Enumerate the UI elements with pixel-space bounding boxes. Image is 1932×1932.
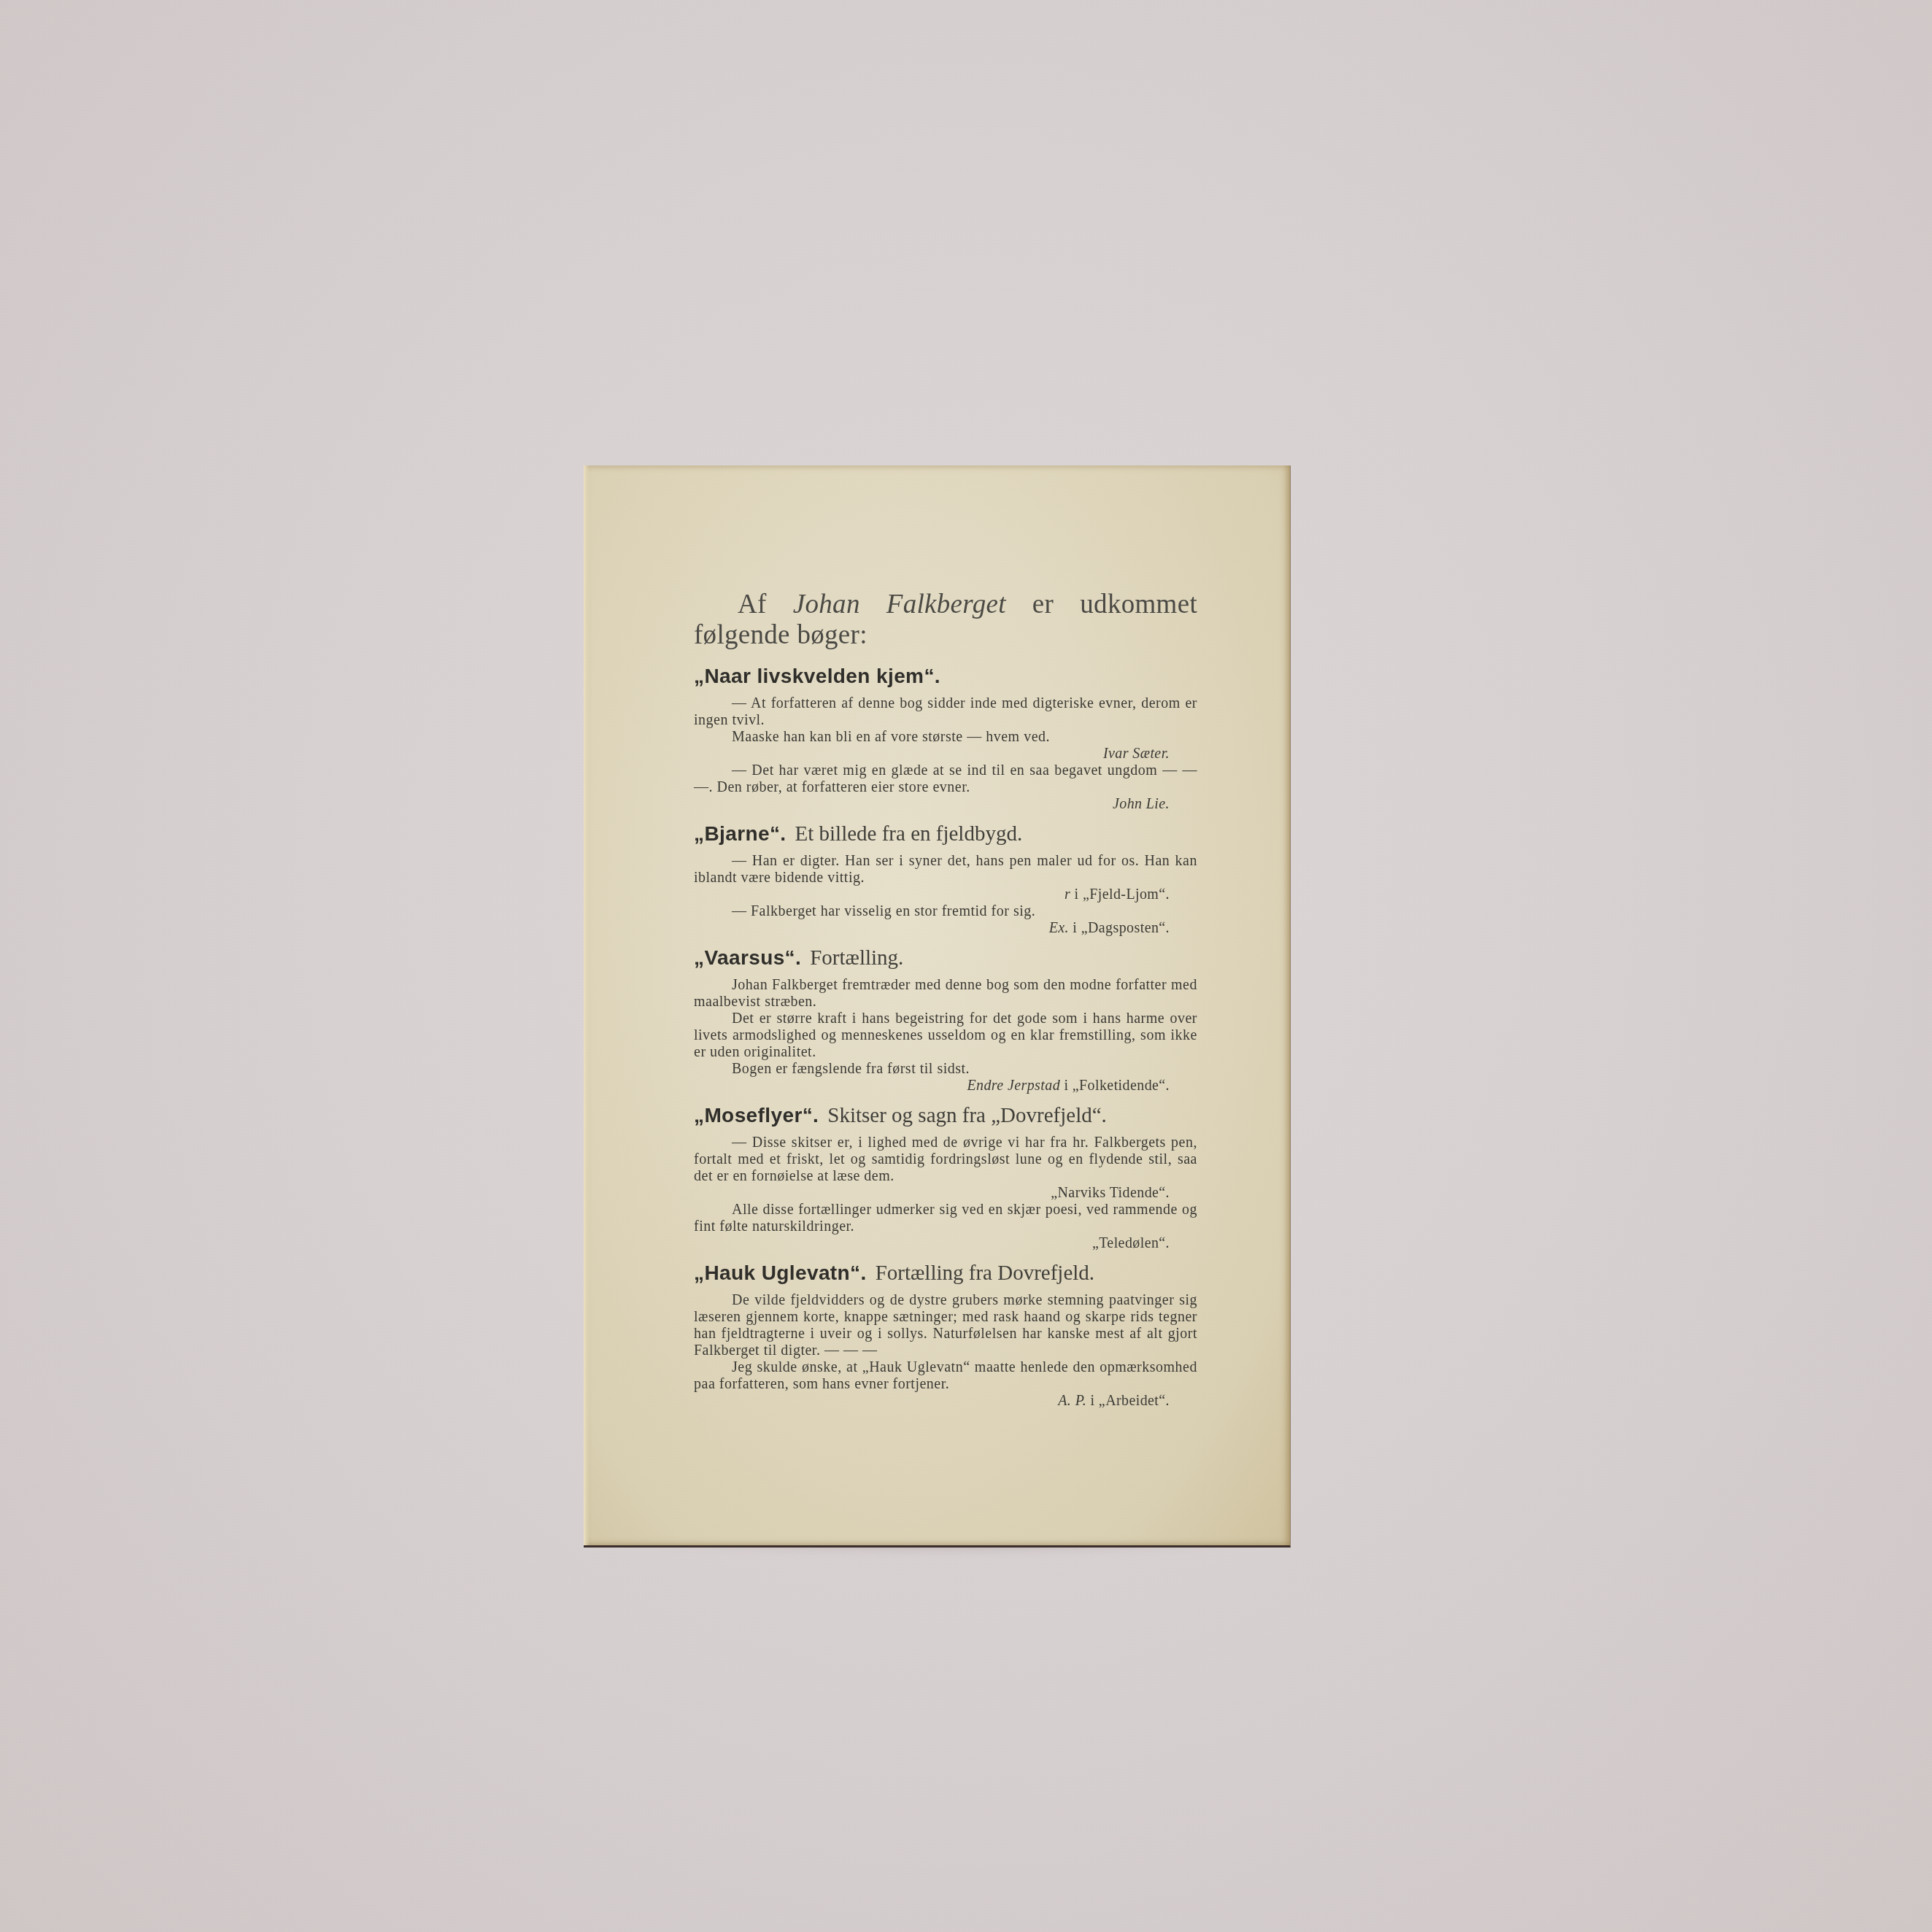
- book-entry: „Vaarsus“.Fortælling.Johan Falkberget fr…: [694, 946, 1197, 1094]
- review-paragraph: Johan Falkberget fremtræder med denne bo…: [694, 977, 1197, 1011]
- advertisement-text: Af Johan Falkberget er udkommet følgende…: [694, 590, 1197, 1418]
- review-paragraph: — Falkberget har visselig en stor fremti…: [694, 903, 1197, 920]
- source-publication: i „Folketidende“.: [1064, 1078, 1170, 1094]
- source-name: A. P.: [1058, 1393, 1086, 1409]
- review-quote: — Han er digter. Han ser i syner det, ha…: [694, 853, 1197, 903]
- review-source: „Teledølen“.: [694, 1235, 1197, 1252]
- source-publication: i „Dagsposten“.: [1073, 920, 1170, 936]
- book-entry: „Hauk Uglevatn“.Fortælling fra Dovrefjel…: [694, 1261, 1197, 1410]
- review-quote: Johan Falkberget fremtræder med denne bo…: [694, 977, 1197, 1094]
- book-entry: „Moseflyer“.Skitser og sagn fra „Dovrefj…: [694, 1103, 1197, 1252]
- review-source: „Narviks Tidende“.: [694, 1185, 1197, 1202]
- source-publication: i „Fjeld-Ljom“.: [1075, 886, 1170, 903]
- book-title: „Naar livskvelden kjem“.: [694, 665, 940, 687]
- source-name: Endre Jerpstad: [967, 1078, 1060, 1094]
- book-list: „Naar livskvelden kjem“.— At forfatteren…: [694, 664, 1197, 1410]
- book-title: „Hauk Uglevatn“.: [694, 1261, 867, 1284]
- source-publication: i „Arbeidet“.: [1091, 1393, 1170, 1409]
- source-publication: „Narviks Tidende“.: [1051, 1185, 1170, 1201]
- book-heading: „Bjarne“.Et billede fra en fjeldbygd.: [694, 822, 1197, 847]
- review-source: A. P. i „Arbeidet“.: [694, 1393, 1197, 1410]
- book-heading: „Moseflyer“.Skitser og sagn fra „Dovrefj…: [694, 1103, 1197, 1129]
- book-entry: „Naar livskvelden kjem“.— At forfatteren…: [694, 664, 1197, 813]
- review-paragraph: Alle disse fortællinger udmerker sig ved…: [694, 1202, 1197, 1235]
- book-subtitle: Et billede fra en fjeldbygd.: [795, 822, 1023, 846]
- review-quote: — Falkberget har visselig en stor fremti…: [694, 903, 1197, 937]
- source-name: Ivar Sæter.: [1103, 746, 1170, 762]
- review-paragraph: — Det har været mig en glæde at se ind t…: [694, 762, 1197, 796]
- review-paragraph: Det er større kraft i hans begeistring f…: [694, 1011, 1197, 1061]
- review-paragraph: Jeg skulde ønske, at „Hauk Uglevatn“ maa…: [694, 1359, 1197, 1393]
- source-name: Ex.: [1049, 920, 1069, 936]
- book-title: „Moseflyer“.: [694, 1104, 819, 1127]
- book-heading: „Naar livskvelden kjem“.: [694, 664, 1197, 689]
- review-paragraph: — Han er digter. Han ser i syner det, ha…: [694, 853, 1197, 886]
- review-paragraph: Maaske han kan bli en af vore største — …: [694, 729, 1197, 746]
- book-subtitle: Fortælling.: [810, 946, 903, 970]
- book-title: „Vaarsus“.: [694, 946, 801, 969]
- book-subtitle: Fortælling fra Dovrefjeld.: [876, 1261, 1094, 1285]
- review-paragraph: — Disse skitser er, i lighed med de øvri…: [694, 1135, 1197, 1185]
- review-quote: De vilde fjeldvidders og de dystre grube…: [694, 1292, 1197, 1410]
- review-paragraph: De vilde fjeldvidders og de dystre grube…: [694, 1292, 1197, 1359]
- book-subtitle: Skitser og sagn fra „Dovrefjeld“.: [827, 1104, 1107, 1127]
- book-entry: „Bjarne“.Et billede fra en fjeldbygd.— H…: [694, 822, 1197, 937]
- review-source: John Lie.: [694, 796, 1197, 813]
- review-source: Endre Jerpstad i „Folketidende“.: [694, 1078, 1197, 1094]
- review-quote: — Disse skitser er, i lighed med de øvri…: [694, 1135, 1197, 1202]
- intro-heading: Af Johan Falkberget er udkommet følgende…: [694, 590, 1197, 651]
- source-publication: „Teledølen“.: [1092, 1235, 1170, 1251]
- book-heading: „Vaarsus“.Fortælling.: [694, 946, 1197, 971]
- source-name: r: [1064, 886, 1070, 903]
- book-back-cover: Af Johan Falkberget er udkommet følgende…: [584, 465, 1291, 1547]
- review-source: r i „Fjeld-Ljom“.: [694, 886, 1197, 903]
- review-source: Ivar Sæter.: [694, 746, 1197, 762]
- author-name: Johan Falkberget: [793, 590, 1006, 619]
- book-heading: „Hauk Uglevatn“.Fortælling fra Dovrefjel…: [694, 1261, 1197, 1286]
- book-title: „Bjarne“.: [694, 822, 787, 845]
- review-quote: — Det har været mig en glæde at se ind t…: [694, 762, 1197, 813]
- review-quote: Alle disse fortællinger udmerker sig ved…: [694, 1202, 1197, 1252]
- review-quote: — At forfatteren af denne bog sidder ind…: [694, 695, 1197, 762]
- review-paragraph: — At forfatteren af denne bog sidder ind…: [694, 695, 1197, 729]
- review-source: Ex. i „Dagsposten“.: [694, 920, 1197, 937]
- intro-prefix: Af: [738, 590, 767, 619]
- review-paragraph: Bogen er fængslende fra først til sidst.: [694, 1061, 1197, 1078]
- source-name: John Lie.: [1113, 796, 1170, 812]
